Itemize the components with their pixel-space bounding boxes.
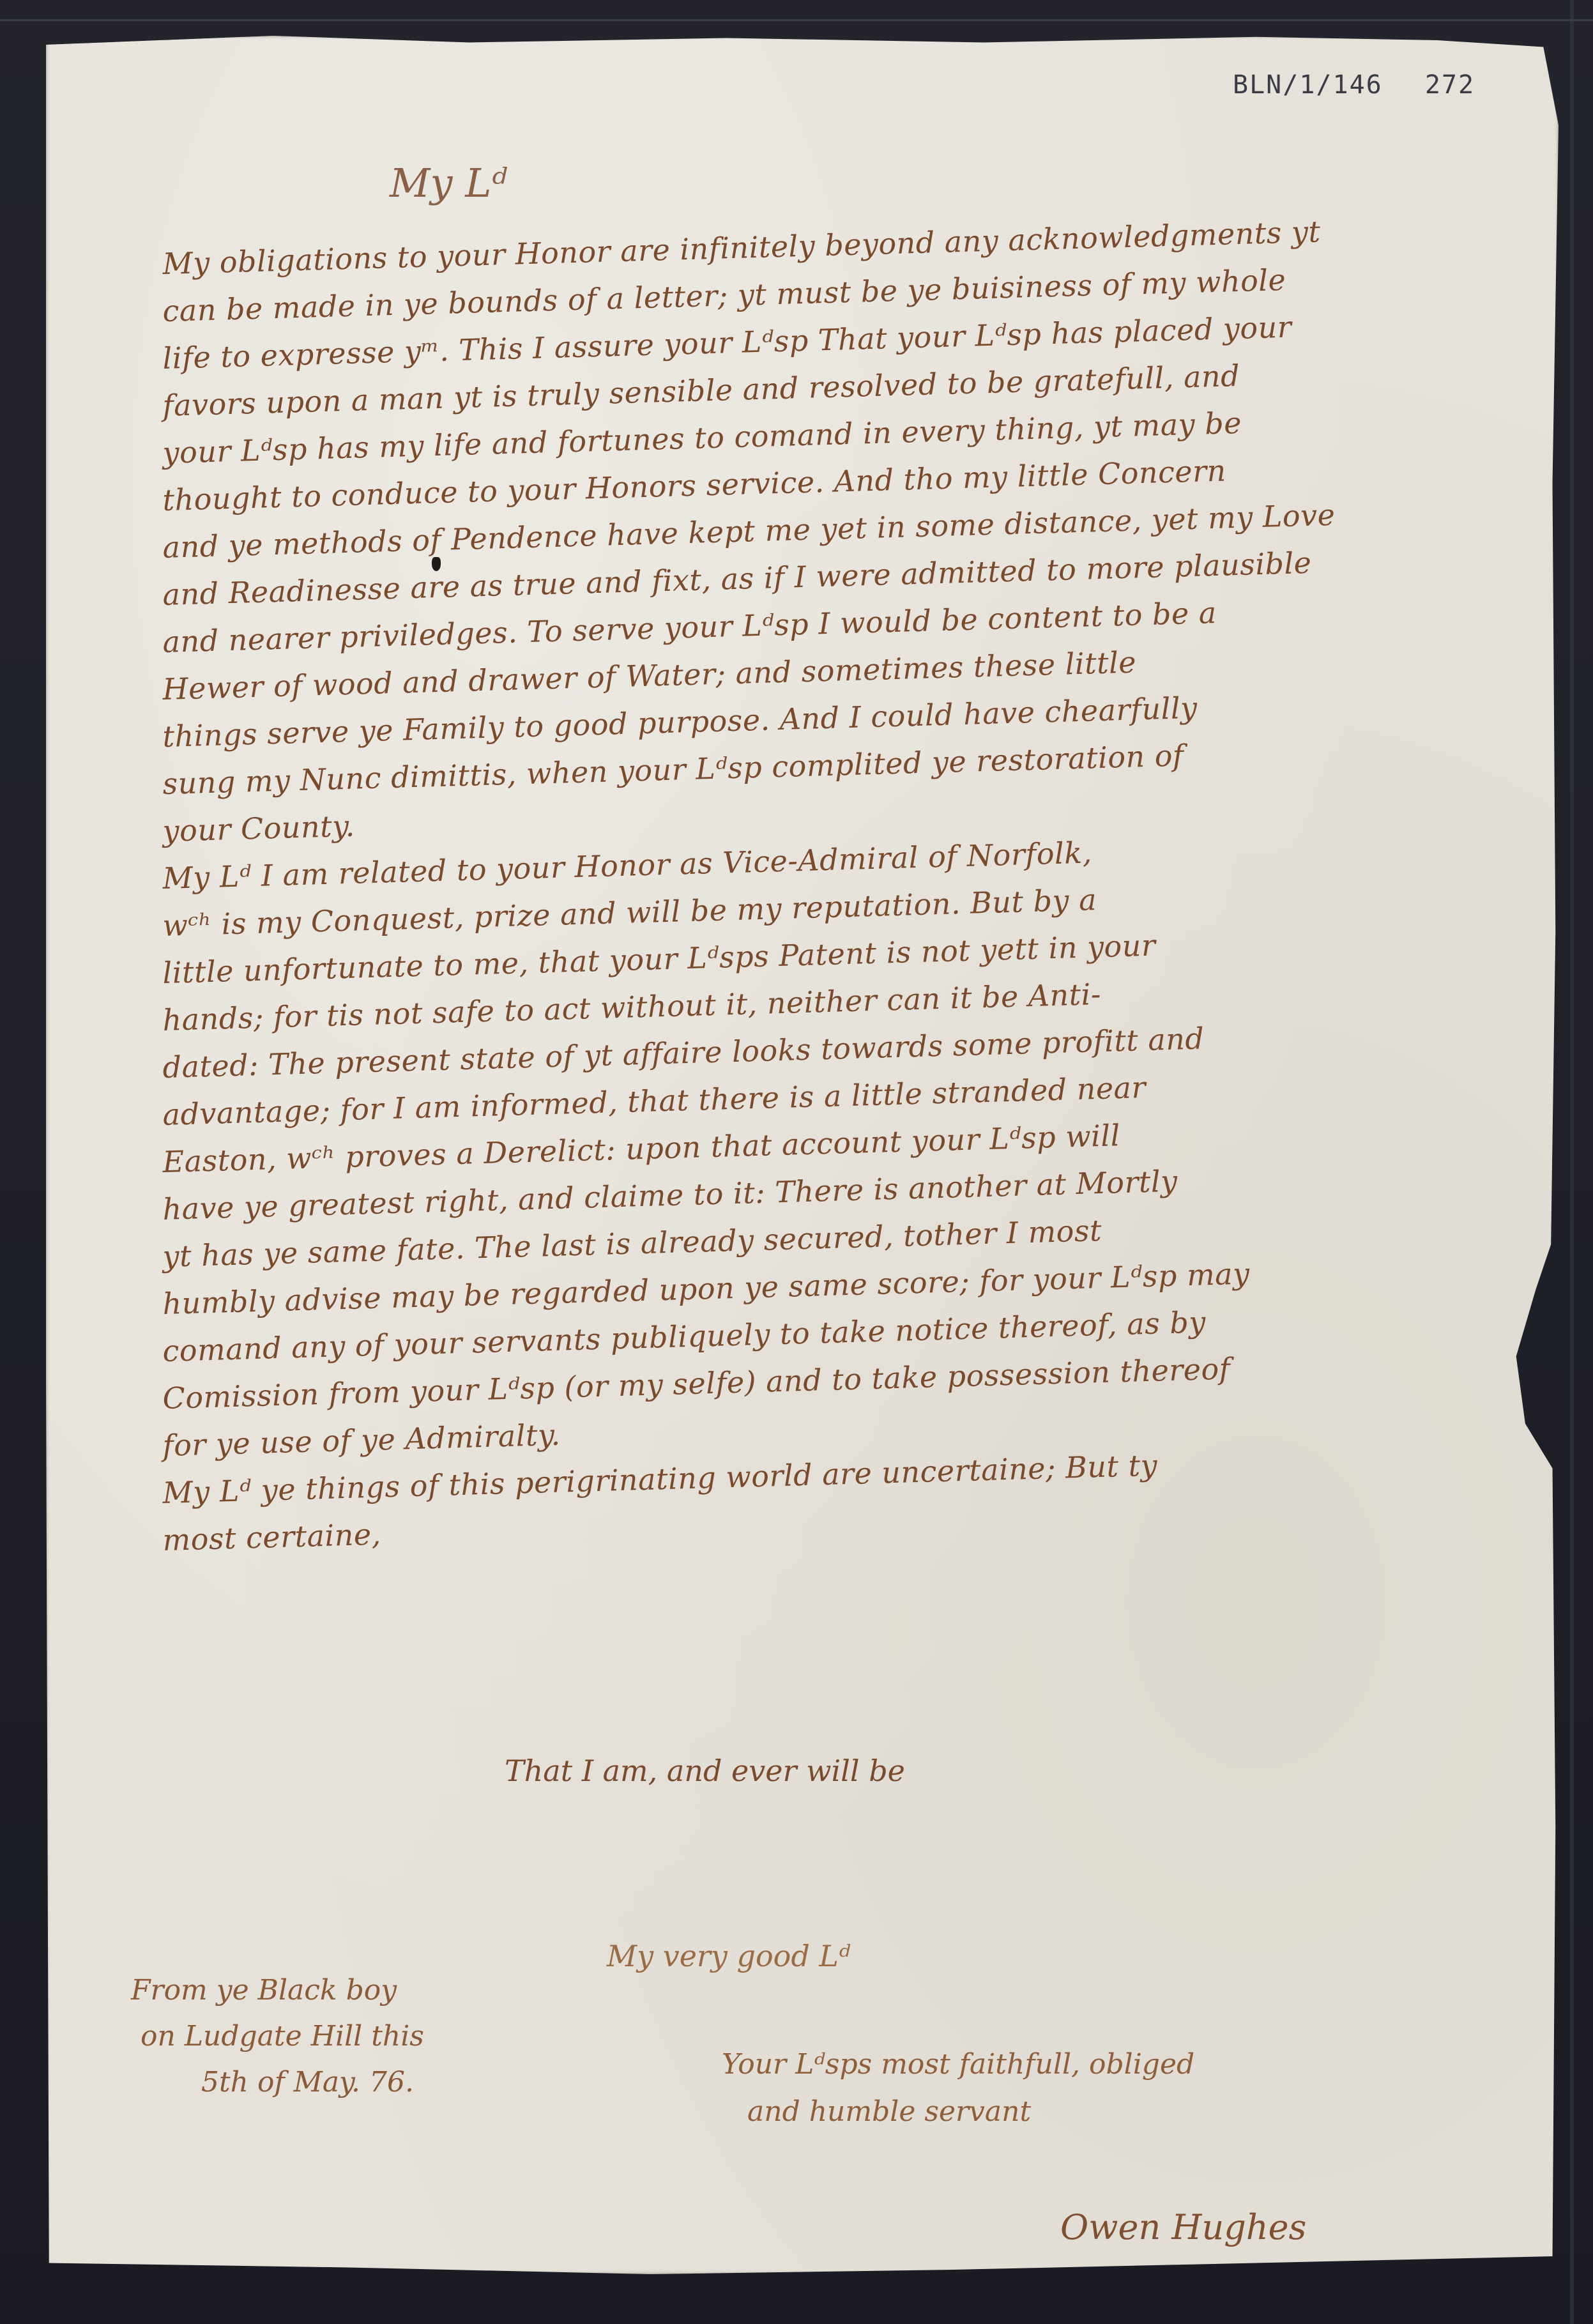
subscription: Your Lᵈsps most faithfull, obliged and h… bbox=[722, 2041, 1194, 2136]
dateline: From ye Black boy on Ludgate Hill this 5… bbox=[131, 1968, 424, 2106]
archive-reference: BLN/1/146 272 bbox=[1233, 70, 1475, 100]
mount-edge-line bbox=[0, 19, 1593, 21]
salutation: My Lᵈ bbox=[390, 160, 507, 206]
signature: Owen Hughes bbox=[1060, 2207, 1306, 2247]
closing-line: That I am, and ever will be bbox=[505, 1754, 905, 1788]
dateline-location: on Ludgate Hill this bbox=[131, 2014, 424, 2060]
archive-reference-code: BLN/1/146 bbox=[1233, 70, 1383, 100]
subscription-line: and humble servant bbox=[722, 2088, 1194, 2136]
mount-right-edge bbox=[1570, 0, 1574, 2324]
dateline-place: From ye Black boy bbox=[131, 1968, 424, 2014]
letter-body: My obligations to your Honor are infinit… bbox=[163, 249, 1479, 1573]
complimentary-address: My very good Lᵈ bbox=[607, 1939, 850, 1973]
dateline-date: 5th of May. 76. bbox=[131, 2060, 424, 2106]
subscription-line: Your Lᵈsps most faithfull, obliged bbox=[722, 2041, 1194, 2088]
folio-number: 272 bbox=[1425, 70, 1475, 100]
